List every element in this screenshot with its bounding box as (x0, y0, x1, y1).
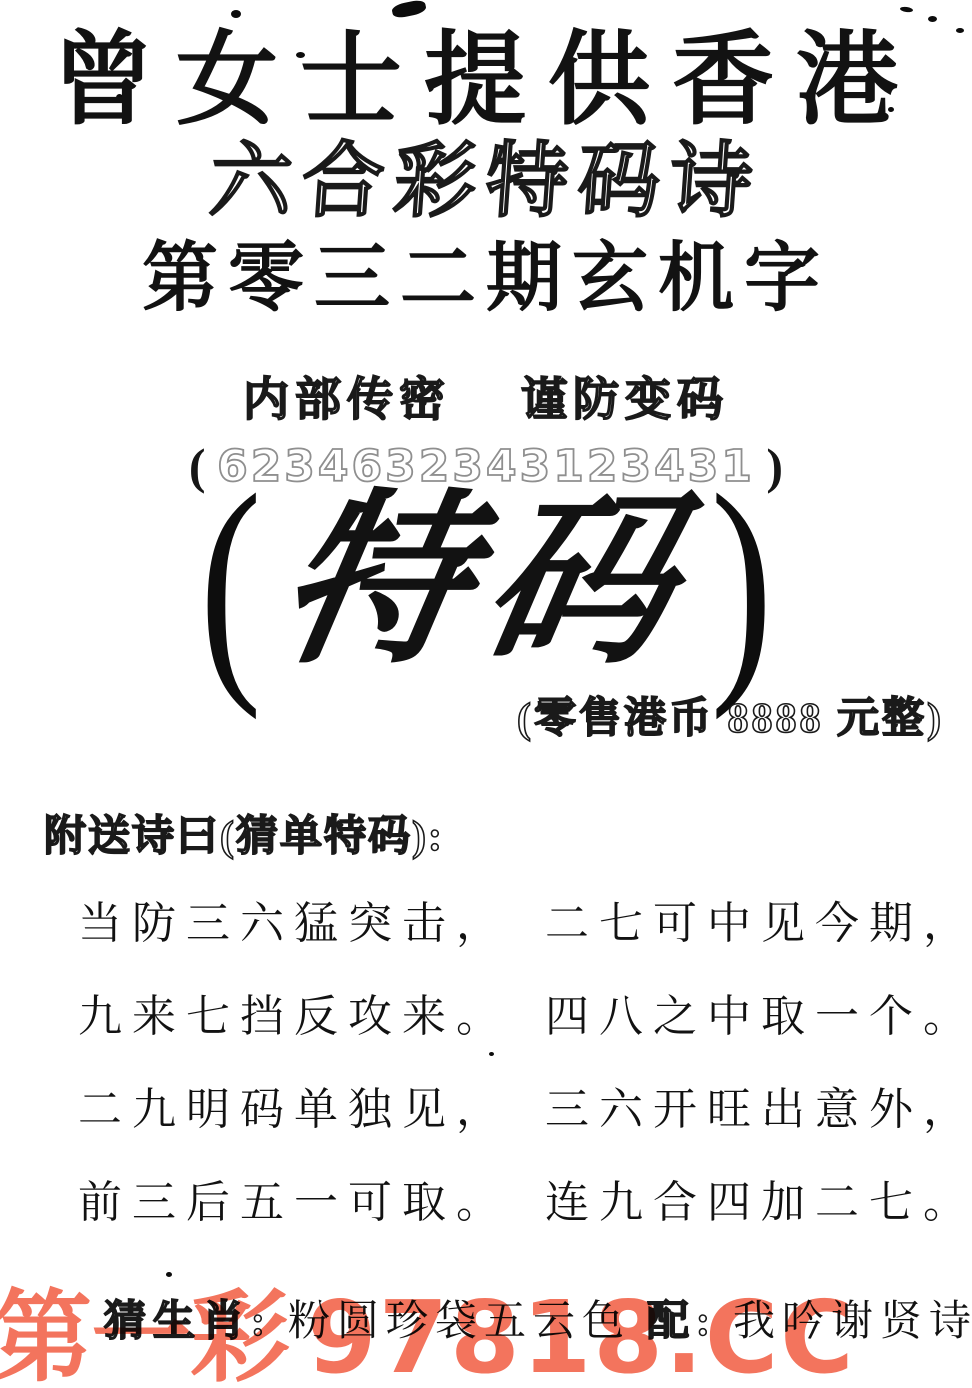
banner-open-paren: ( (199, 468, 261, 698)
poem-line-left-3: 二九明码单独见， (78, 1084, 545, 1135)
poem-line-right-3: 三六开旺出意外， (545, 1084, 972, 1135)
notice-beware-code-change: 谨防变码 (521, 374, 729, 426)
ink-speck (231, 10, 241, 18)
page-title: 曾女士提供香港 (0, 26, 972, 138)
watermark-site-url: 97818.CC (307, 1279, 856, 1388)
poem-line-right-1: 二七可中见今期， (545, 898, 972, 949)
poem-line-left-1: 当防三六猛突击， (78, 898, 545, 949)
subtitle-lottery-poem: 六合彩特码诗 (0, 136, 972, 228)
poem-line-right-4: 连九合四加二七。 (545, 1177, 972, 1228)
scanned-document-page: 曾女士提供香港 六合彩特码诗 第零三二期玄机字 内部传密 谨防变码 ( 6234… (0, 0, 972, 1388)
notice-internal-secret: 内部传密 (243, 374, 451, 426)
banner-close-paren: ) (710, 468, 772, 698)
ink-speck (900, 6, 914, 13)
poem-grid: 当防三六猛突击， 二七可中见今期， 九来七挡反攻来。 四八之中取一个。 二九明码… (78, 898, 950, 1228)
site-watermark: 第一彩97818.CC (0, 1288, 972, 1388)
ink-speck (928, 16, 937, 22)
issue-title: 第零三二期玄机字 (0, 236, 972, 322)
poem-line-left-2: 九来七挡反攻来。 (78, 991, 545, 1042)
special-code-banner: ( 特码 ) (0, 468, 972, 698)
ink-speck (166, 1272, 172, 1277)
retail-price-line: (零售港币 8888 元整) (517, 694, 944, 744)
ink-speck (391, 0, 427, 19)
special-code-text: 特码 (263, 473, 710, 693)
poem-line-left-4: 前三后五一可取。 (78, 1177, 545, 1228)
poem-intro: 附送诗曰(猜单特码): (44, 812, 444, 862)
notice-row: 内部传密 谨防变码 (0, 374, 972, 426)
poem-line-right-2: 四八之中取一个。 (545, 991, 972, 1042)
watermark-brand: 第一彩 (0, 1279, 289, 1388)
